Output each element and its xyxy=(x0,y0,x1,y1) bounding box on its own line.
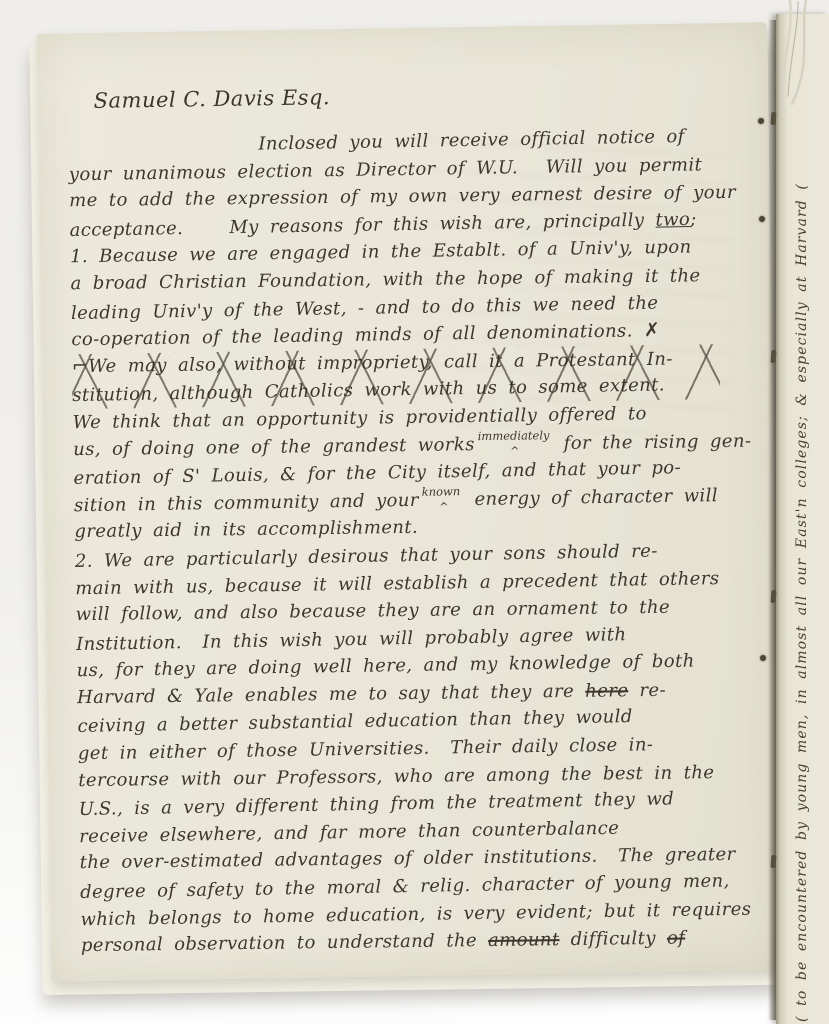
inserted-word: immediately xyxy=(478,422,550,450)
letter-page: Samuel C. Davis Esq. Inclosed you will r… xyxy=(37,22,782,981)
text-segment: Harvard & Yale enables me to say that th… xyxy=(77,681,585,708)
proof-mark: ⌐ xyxy=(72,355,89,377)
struck-word: here xyxy=(585,680,628,702)
stitch-icon xyxy=(771,590,777,603)
stitch-icon xyxy=(771,855,777,868)
text-segment: us, of doing one of the grandest works xyxy=(73,434,475,460)
letter-body: Inclosed you will receive official notic… xyxy=(68,122,775,961)
text-segment: personal observation to understand the xyxy=(81,930,488,956)
proof-mark: ✗ xyxy=(644,319,661,341)
text-segment: We think that an opportunity is providen… xyxy=(73,403,647,433)
text-segment: for the rising gen- xyxy=(552,430,751,453)
text-segment: ; xyxy=(690,209,697,230)
struck-word: of xyxy=(667,928,686,949)
stitch-hole-icon xyxy=(759,216,765,222)
text-segment: Inclosed you will receive official notic… xyxy=(258,126,685,155)
struck-word: amount xyxy=(488,929,560,951)
text-segment: difficulty xyxy=(559,928,667,950)
inserted-word: known xyxy=(421,478,460,506)
stitch-hole-icon xyxy=(760,655,766,661)
binding-thread-icon xyxy=(752,0,829,132)
text-segment: re- xyxy=(628,680,666,701)
margin-note: ( to be encountered by young men, in alm… xyxy=(794,17,810,1022)
letter-salutation: Samuel C. Davis Esq. xyxy=(93,85,330,113)
text-segment: co-operation of the leading minds of all… xyxy=(71,320,644,350)
text-segment: greatly aid in its accomplishment. xyxy=(74,517,418,542)
binding-gutter xyxy=(768,20,776,1020)
text-segment: get in either of those Universities. The… xyxy=(78,734,654,764)
text-segment: energy of character will xyxy=(463,485,718,510)
text-segment: two xyxy=(655,209,690,231)
photo-background: Samuel C. Davis Esq. Inclosed you will r… xyxy=(0,0,829,1024)
stitch-icon xyxy=(771,350,777,363)
text-segment: sition in this community and your xyxy=(74,490,419,516)
